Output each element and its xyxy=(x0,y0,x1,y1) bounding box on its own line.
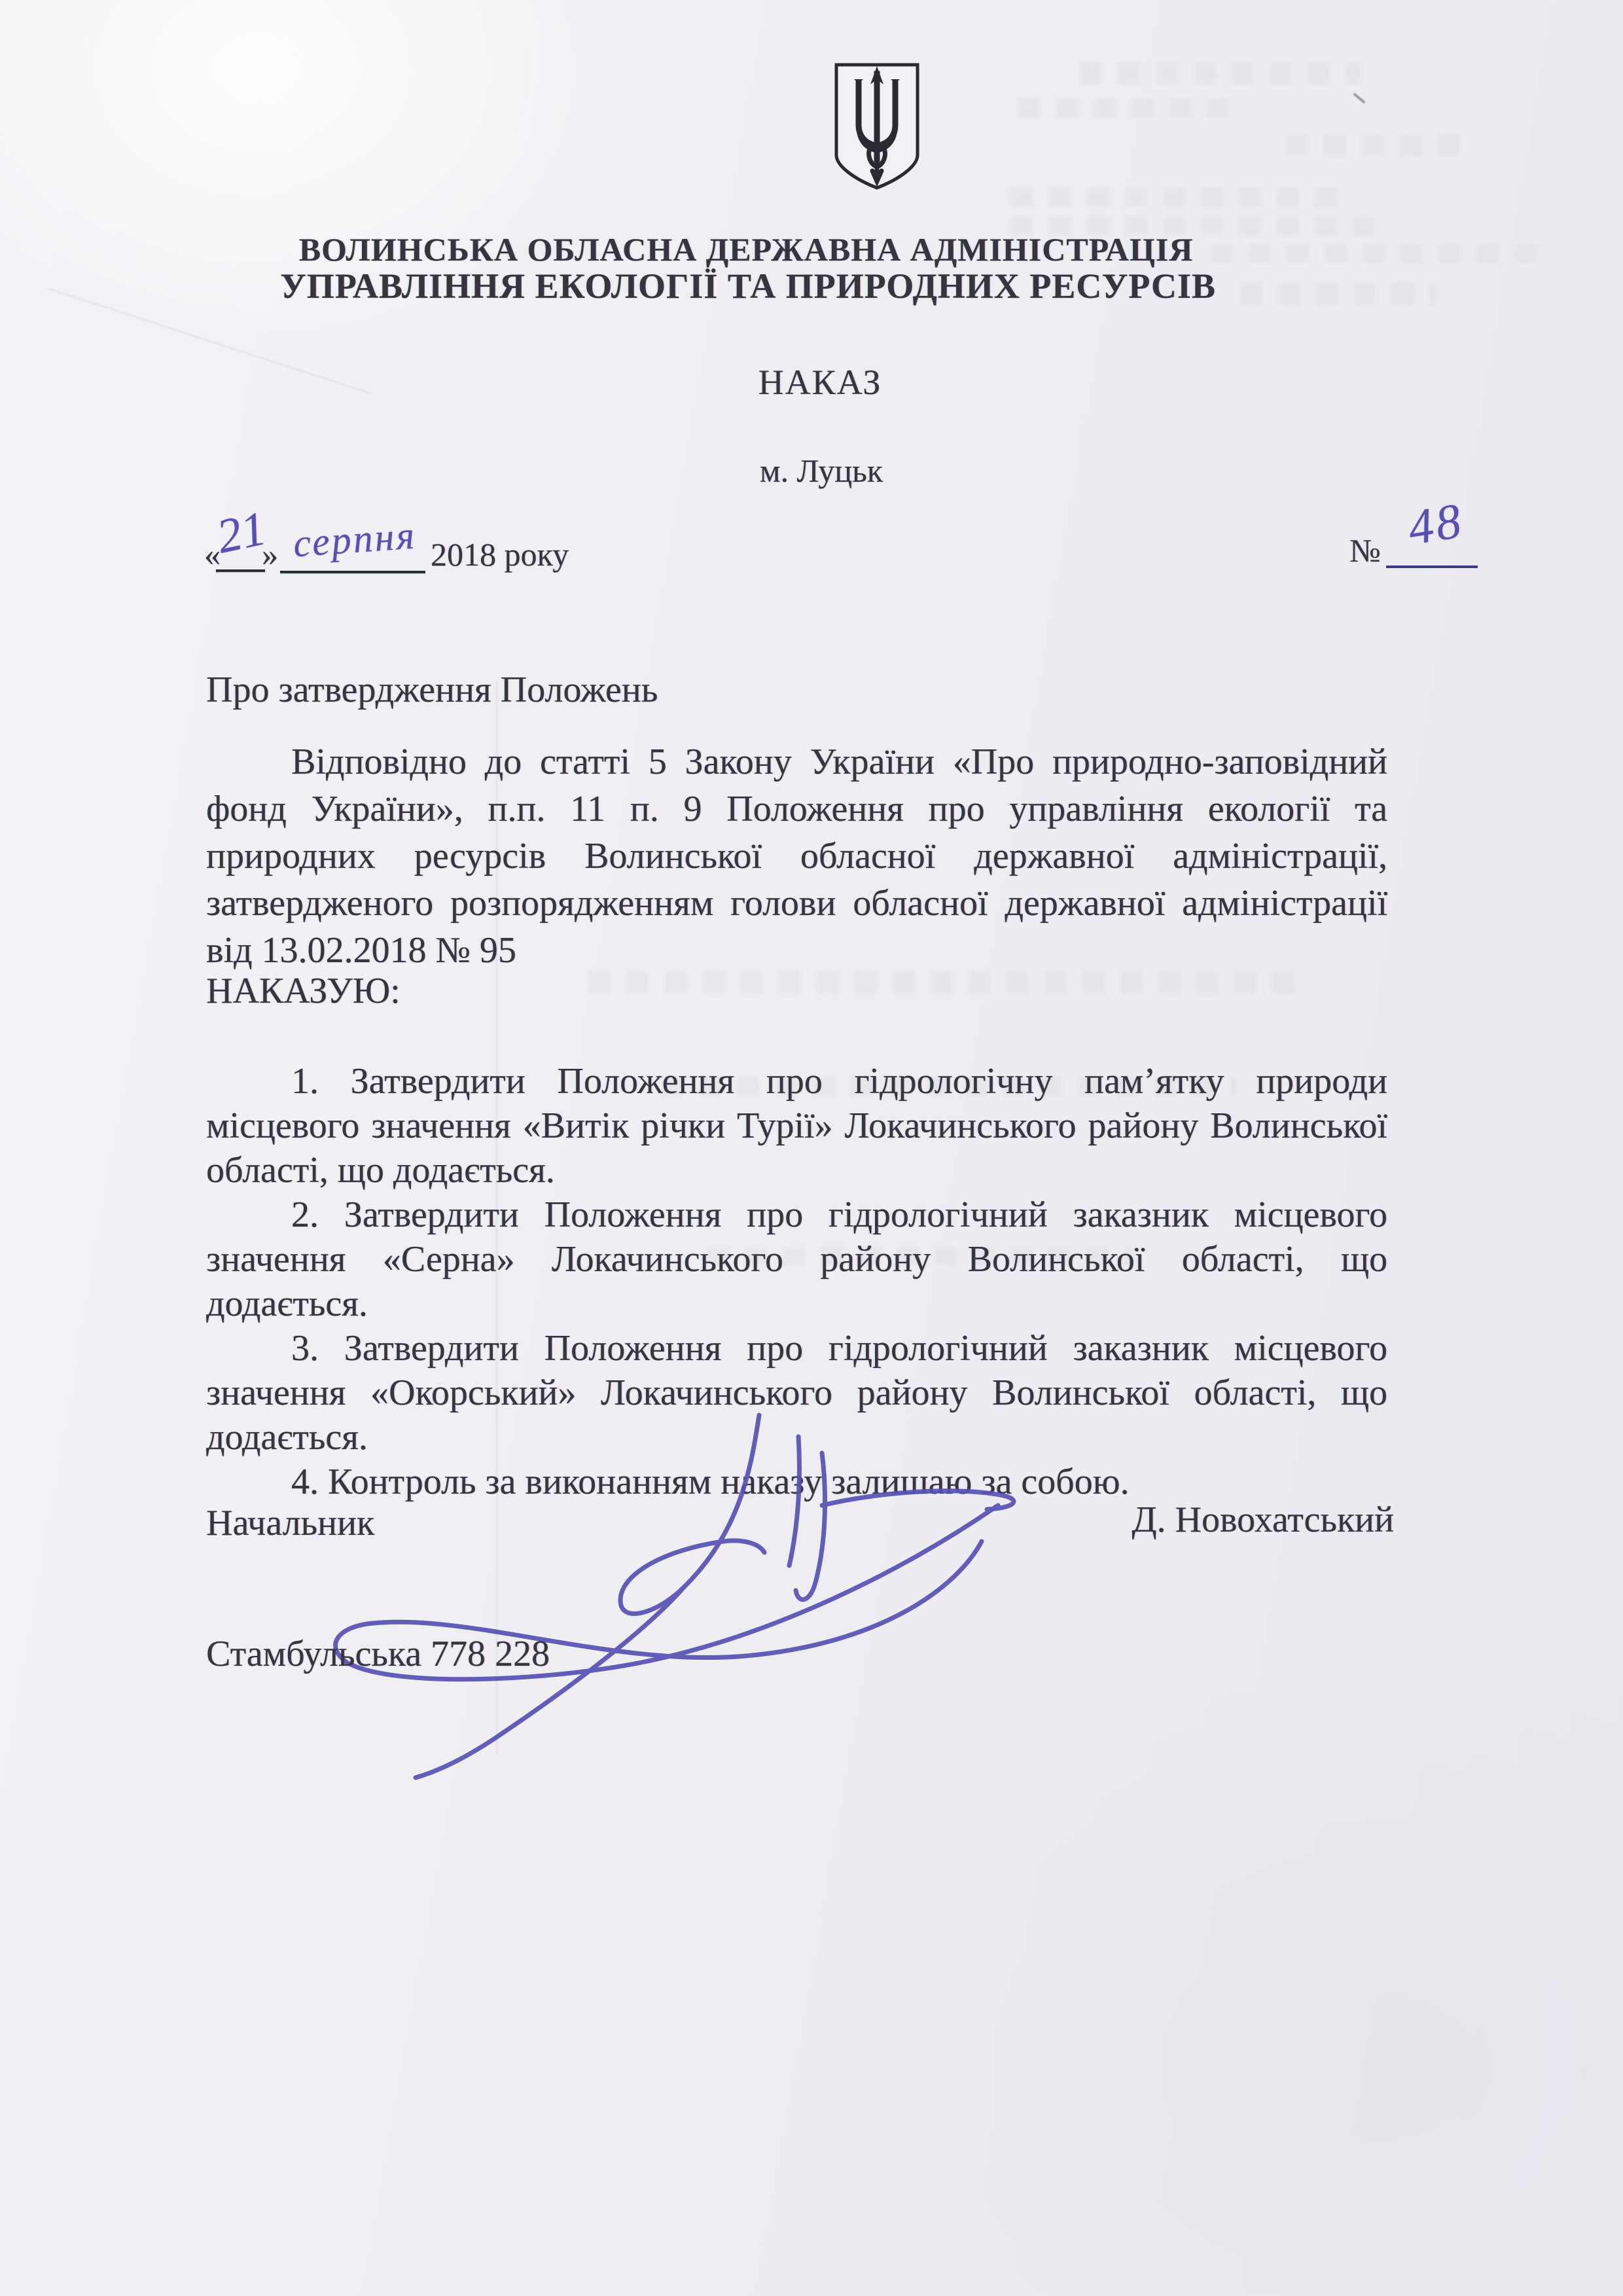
date-year-text: 2018 року xyxy=(431,535,569,573)
city-line: м. Луцьк xyxy=(760,452,883,490)
date-day-underline xyxy=(216,569,265,572)
ukraine-trident-icon xyxy=(832,62,921,192)
number-value-handwritten: 48 xyxy=(1404,492,1468,557)
order-item-1: 1. Затвердити Положення про гідрологічну… xyxy=(206,1059,1387,1193)
date-close-quote: » xyxy=(262,535,278,573)
order-item-3: 3. Затвердити Положення про гідрологічни… xyxy=(206,1326,1387,1460)
position-title: Начальник xyxy=(206,1502,374,1544)
footer-contact: Стамбульська 778 228 xyxy=(206,1633,550,1675)
order-items: 1. Затвердити Положення про гідрологічну… xyxy=(206,1059,1387,1504)
subject-line: Про затвердження Положень xyxy=(206,669,658,711)
pen-mark xyxy=(1353,92,1365,103)
number-label: № xyxy=(1349,531,1381,569)
bleedthrough-artifact xyxy=(1286,134,1463,156)
date-month-underline xyxy=(280,571,425,573)
org-name-line1: ВОЛИНСЬКА ОБЛАСНА ДЕРЖАВНА АДМІНІСТРАЦІЯ xyxy=(299,230,1194,268)
signer-name: Д. Новохатський xyxy=(1132,1499,1394,1541)
scanned-document-page: ВОЛИНСЬКА ОБЛАСНА ДЕРЖАВНА АДМІНІСТРАЦІЯ… xyxy=(0,0,1623,2296)
intro-paragraph: Відповідно до статті 5 Закону України «П… xyxy=(206,738,1387,974)
bleedthrough-artifact xyxy=(589,971,1296,994)
bleedthrough-artifact xyxy=(1211,244,1538,262)
order-item-2: 2. Затвердити Положення про гідрологічни… xyxy=(206,1193,1387,1326)
bleedthrough-artifact xyxy=(1240,283,1436,305)
bleedthrough-artifact xyxy=(1080,62,1361,84)
bleedthrough-artifact xyxy=(1011,188,1351,207)
number-underline xyxy=(1386,565,1478,568)
org-name-line2: УПРАВЛІННЯ ЕКОЛОГІЇ ТА ПРИРОДНИХ РЕСУРСІ… xyxy=(280,266,1216,306)
order-word: НАКАЗУЮ: xyxy=(206,970,401,1012)
doc-type-title: НАКАЗ xyxy=(758,362,882,403)
date-month-handwritten: серпня xyxy=(292,513,418,567)
order-item-4: 4. Контроль за виконанням наказу залишаю… xyxy=(206,1460,1387,1504)
bleedthrough-artifact xyxy=(1018,98,1234,118)
